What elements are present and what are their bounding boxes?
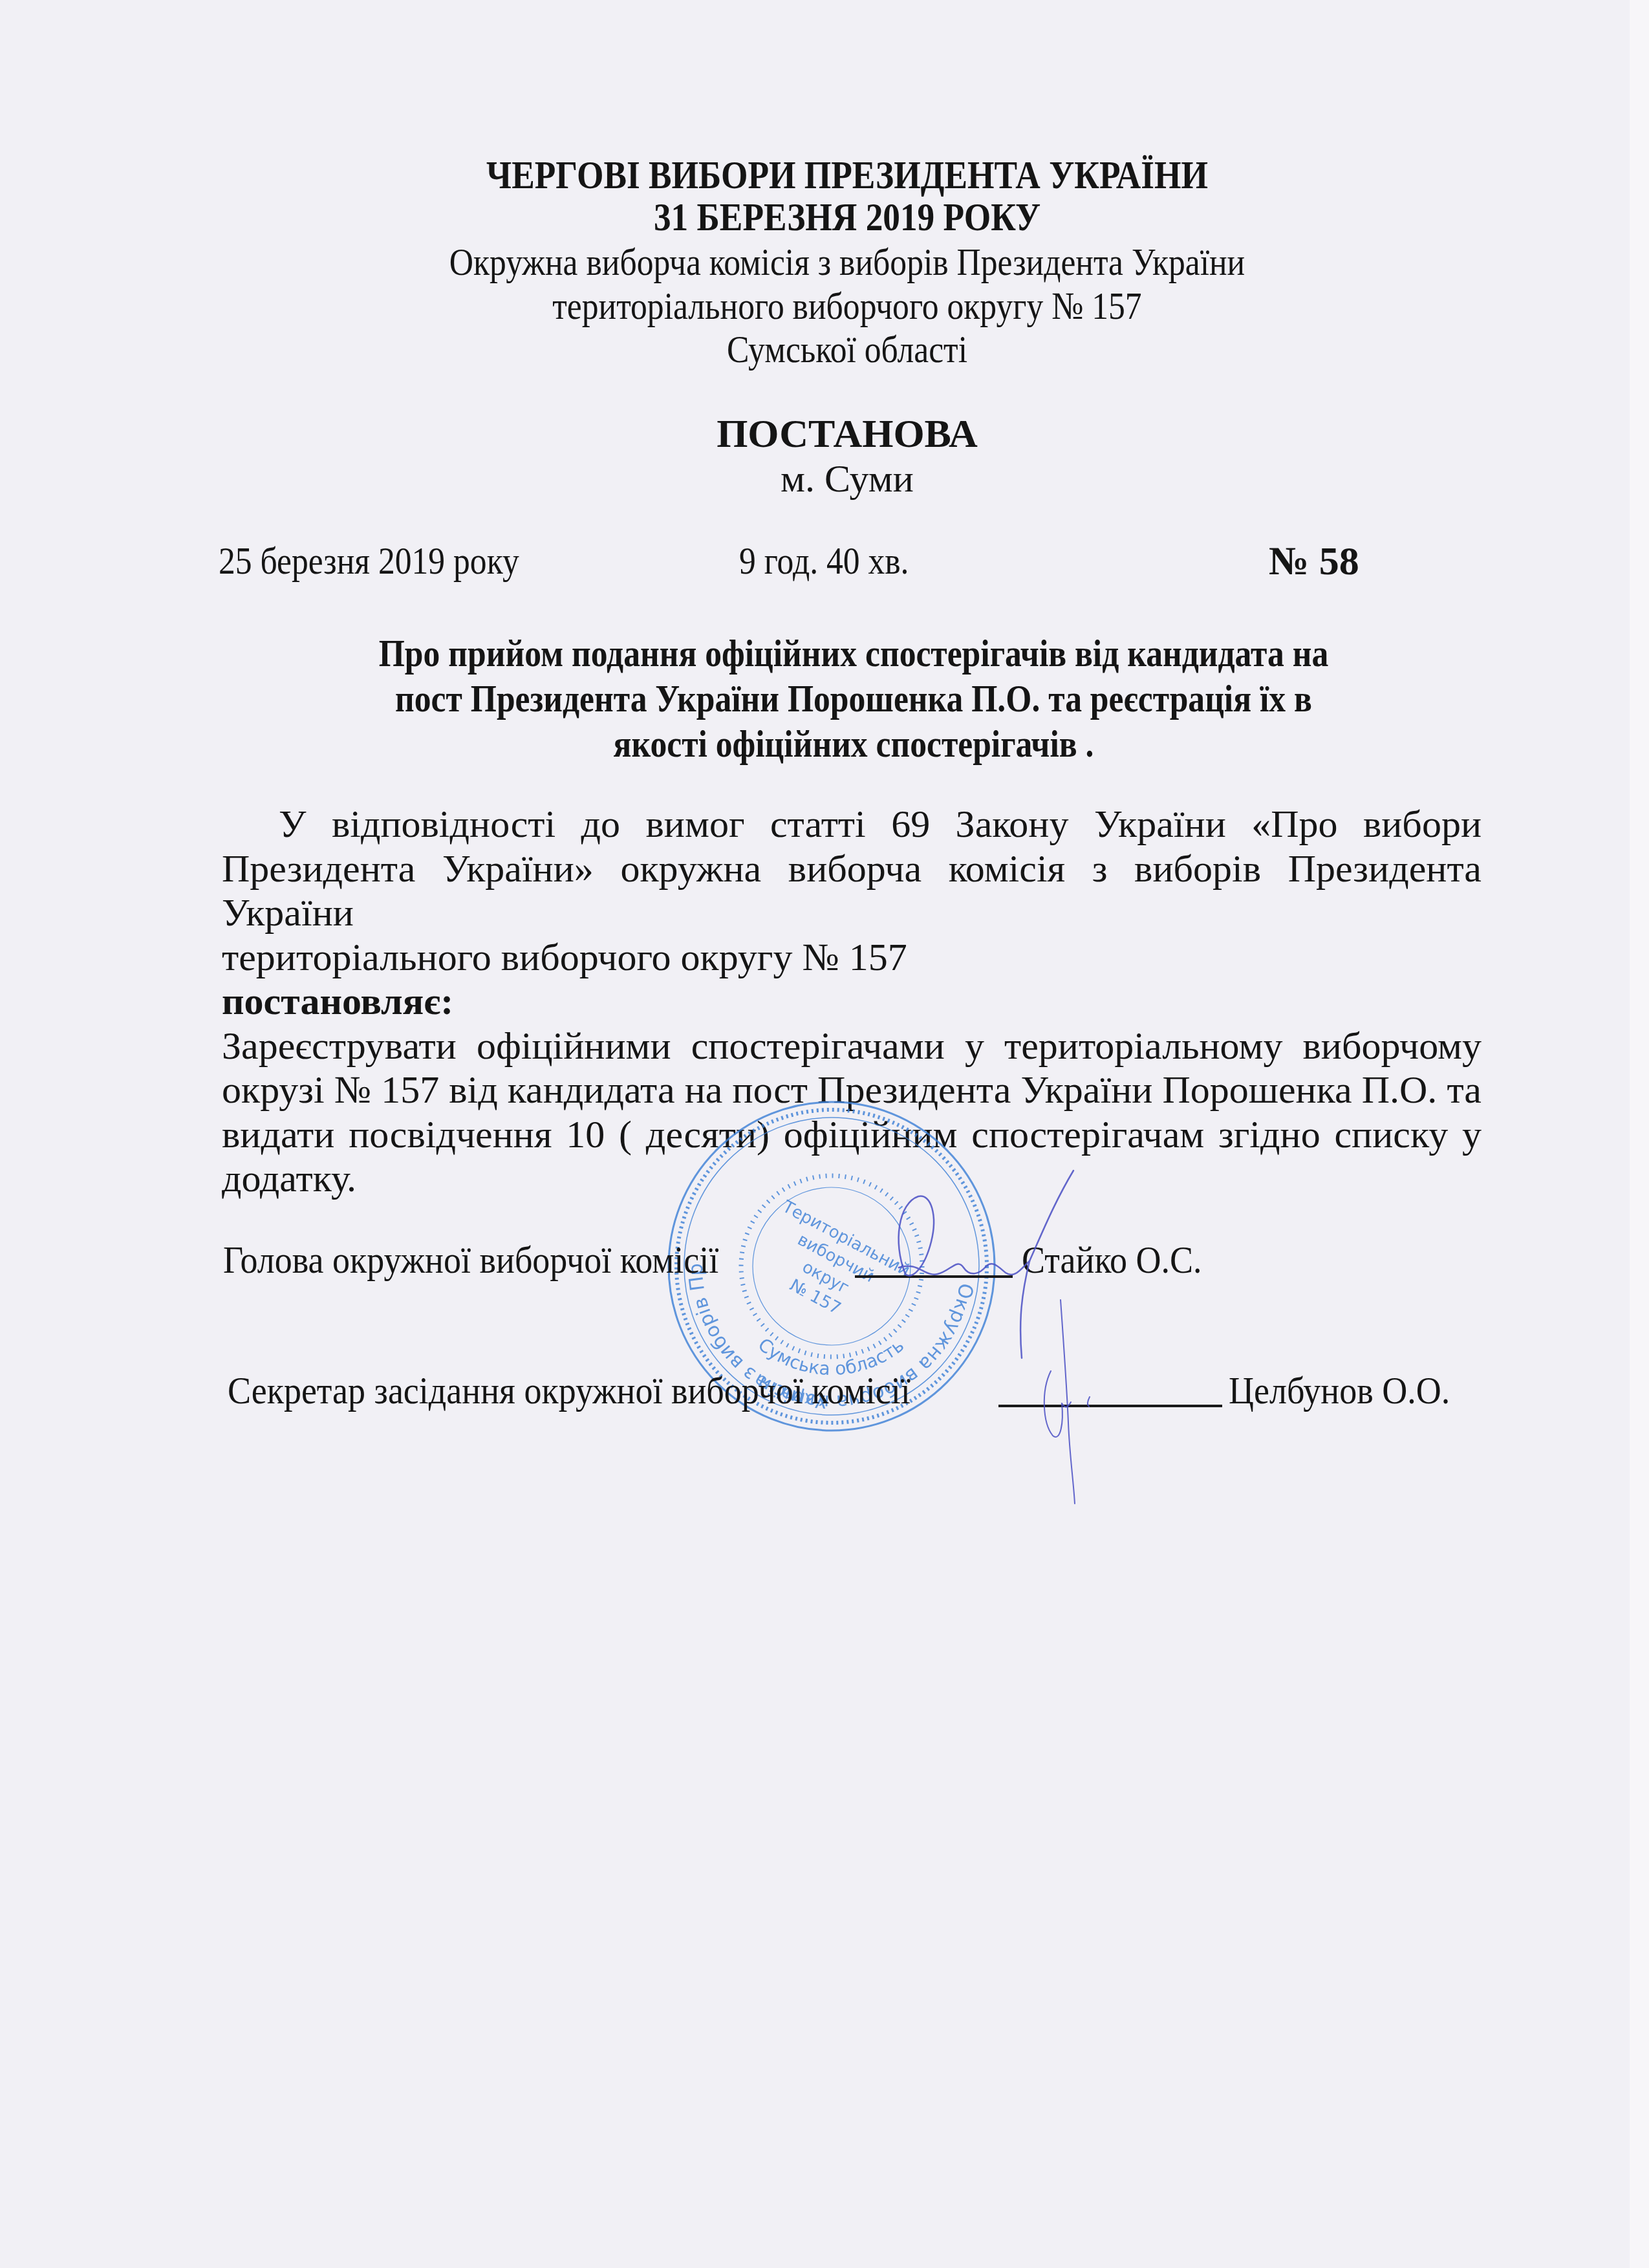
document-number: № 58 <box>1269 541 1359 581</box>
scan-edge-strip <box>1630 0 1649 2268</box>
secretary-handwritten-signature <box>1028 1293 1106 1507</box>
document-type: ПОСТАНОВА <box>0 414 1649 454</box>
preamble-line-1: У відповідності до вимог статті 69 Закон… <box>222 802 1482 847</box>
decision-line-2: окрузі № 157 від кандидата на пост Прези… <box>222 1068 1482 1112</box>
decision-line-3: видати посвідчення 10 ( десяти) офіційни… <box>222 1112 1482 1157</box>
election-title: ЧЕРГОВІ ВИБОРИ ПРЕЗИДЕНТА УКРАЇНИ <box>118 155 1575 195</box>
resolution-body: У відповідності до вимог статті 69 Закон… <box>222 802 1482 1201</box>
commission-name: Окружна виборча комісія з виборів Презид… <box>118 243 1575 281</box>
resolves-label: постановляє: <box>222 979 1482 1024</box>
chair-name: Стайко О.С. <box>1022 1240 1202 1279</box>
document-city: м. Суми <box>0 459 1649 498</box>
stamp-center-text-4: № 157 <box>786 1275 844 1318</box>
election-date-title: 31 БЕРЕЗНЯ 2019 РОКУ <box>118 197 1575 237</box>
stamp-center-text-1: Територіальний <box>779 1197 913 1281</box>
chair-role: Голова окружної виборчої комісії <box>223 1240 718 1279</box>
stamp-center-text-3: округ <box>799 1257 852 1298</box>
district-name: територіального виборчого округу № 157 <box>118 286 1575 325</box>
subject-line-1: Про прийом подання офіційних спостерігач… <box>120 634 1588 673</box>
preamble-line-3: територіального виборчого округу № 157 <box>222 935 1482 980</box>
secretary-name: Целбунов О.О. <box>1229 1371 1450 1410</box>
subject-line-2: пост Президента України Порошенка П.О. т… <box>120 679 1588 718</box>
preamble-line-2: Президента України» окружна виборча комі… <box>222 847 1482 935</box>
secretary-signature-line <box>998 1405 1222 1407</box>
decision-line-1: Зареєструвати офіційними спостерігачами … <box>222 1024 1482 1068</box>
document-time: 9 год. 40 хв. <box>739 541 909 580</box>
secretary-role: Секретар засідання окружної виборчої ком… <box>228 1371 911 1410</box>
chair-signature-line <box>855 1275 1013 1278</box>
region-name: Сумської області <box>118 330 1575 369</box>
subject-line-3: якості офіційних спостерігачів . <box>120 724 1588 763</box>
document-date: 25 березня 2019 року <box>219 541 519 580</box>
stamp-center-text-2: виборчий <box>794 1230 878 1286</box>
decision-line-4: додатку. <box>222 1156 1482 1201</box>
